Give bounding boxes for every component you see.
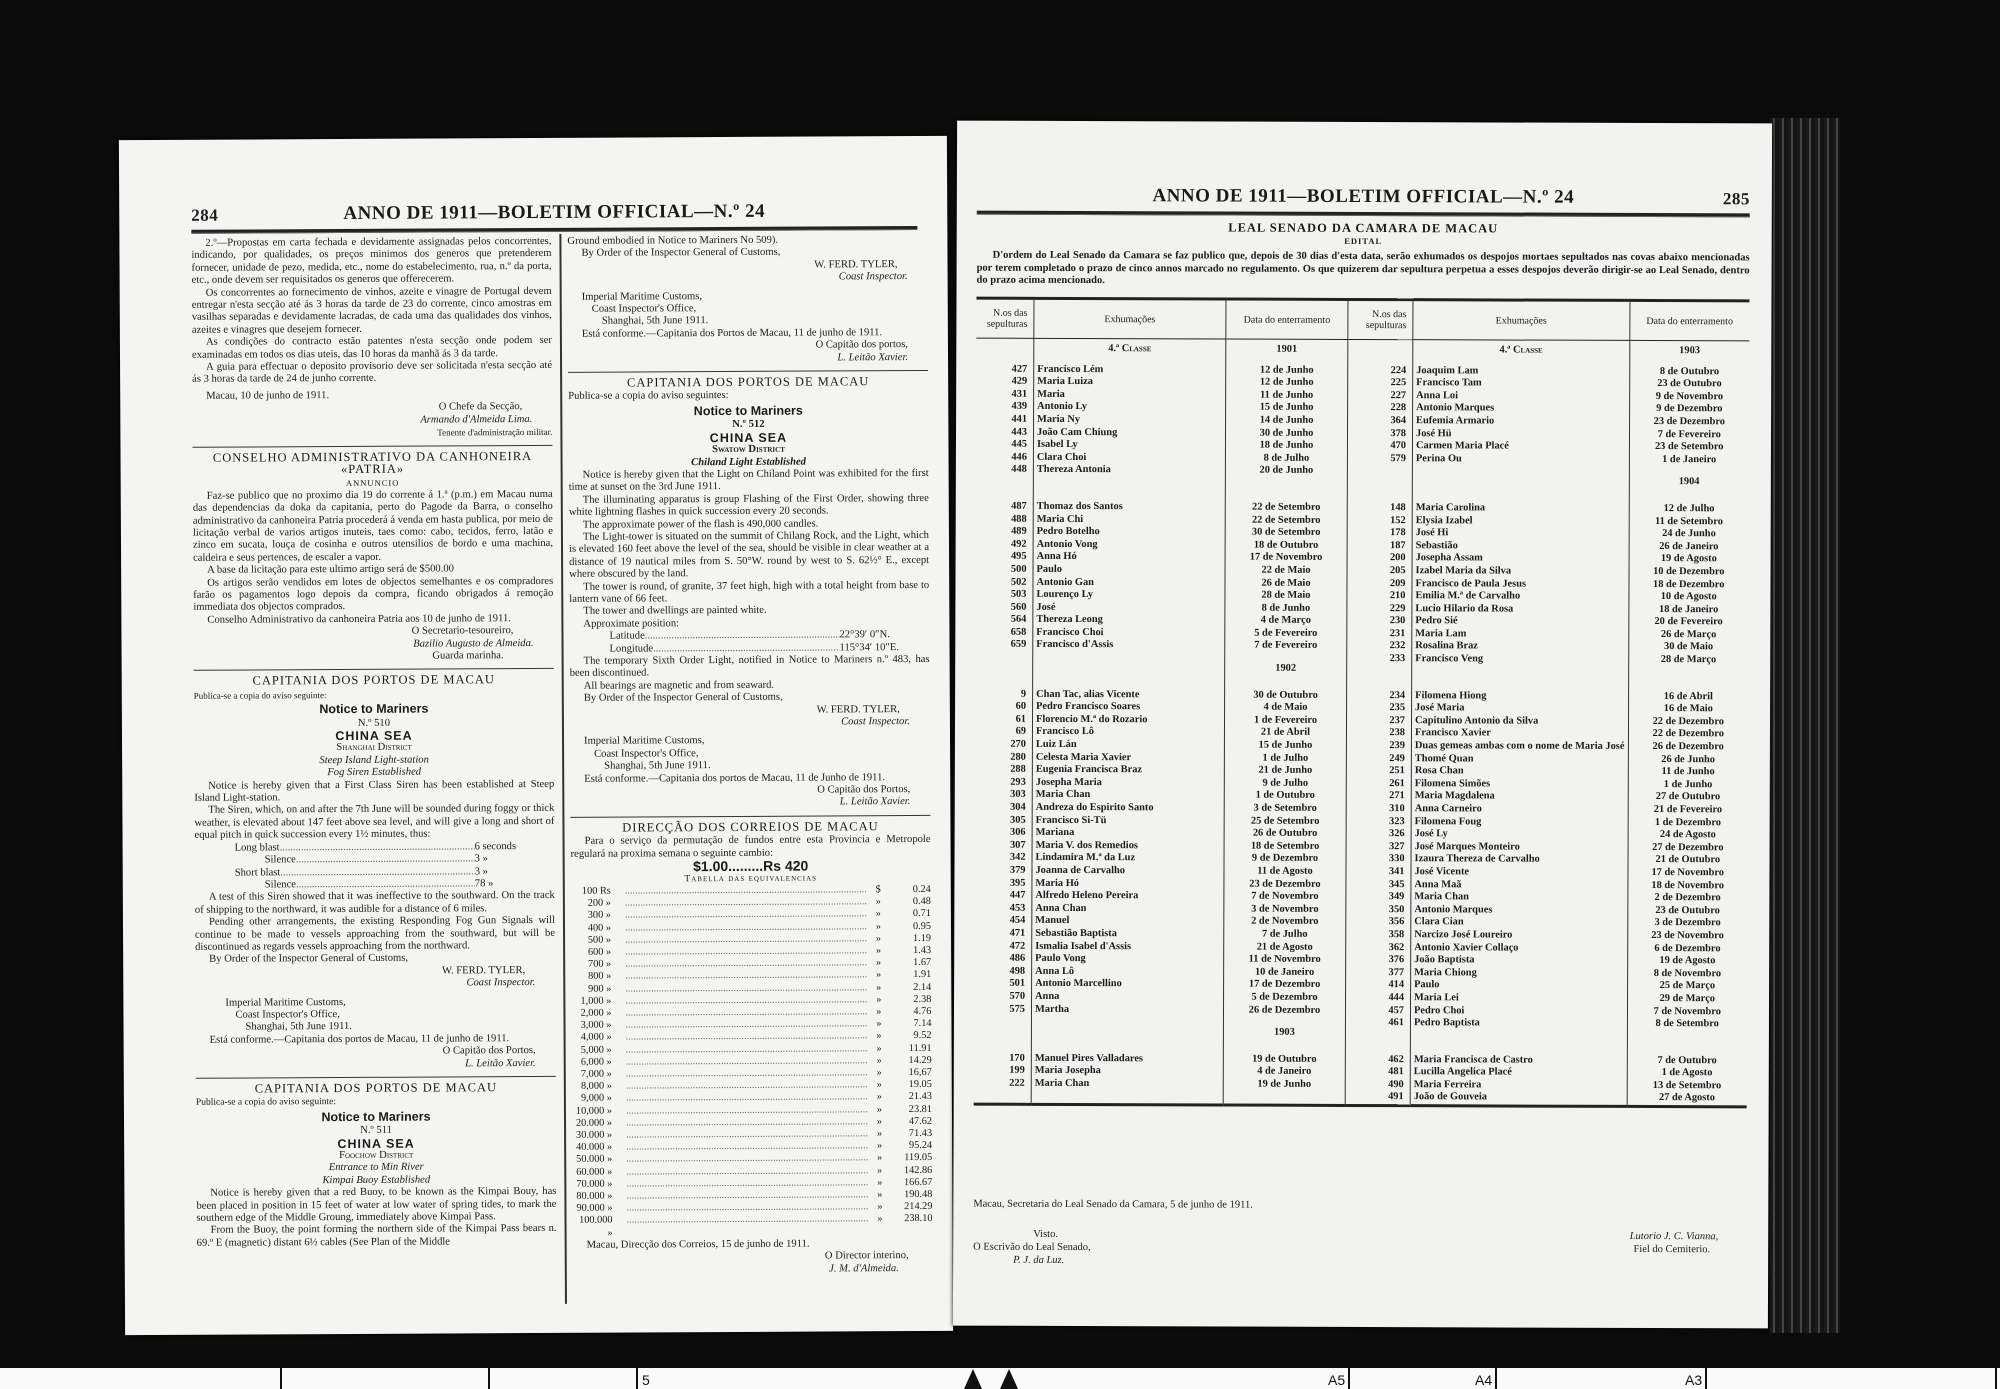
burial-date: 12 de Junho bbox=[1226, 364, 1348, 377]
deceased-name: Lindamira M.ª da Luz bbox=[1032, 852, 1224, 865]
signer-name: J. M. d'Almeida. bbox=[573, 1263, 933, 1277]
equivalence-rs: 100.000 » bbox=[573, 1215, 613, 1240]
spacer bbox=[611, 898, 625, 910]
deceased-name: Francisco Si-Tü bbox=[1032, 814, 1224, 827]
grave-number: 414 bbox=[1346, 979, 1411, 992]
page-number: 285 bbox=[1723, 189, 1750, 209]
spacer bbox=[611, 922, 625, 934]
deceased-name: Manuel bbox=[1032, 915, 1224, 928]
deceased-name: João de Gouveia bbox=[1410, 1092, 1627, 1107]
spacer bbox=[612, 1203, 626, 1215]
right-column: Ground embodied in Notice to Mariners No… bbox=[567, 234, 932, 1277]
section-heading: CAPITANIA DOS PORTOS DE MACAU bbox=[568, 375, 928, 389]
deceased-name: Pedro Choi bbox=[1410, 1005, 1627, 1018]
grave-number: 472 bbox=[974, 940, 1032, 953]
equivalence-cur: » bbox=[867, 982, 881, 994]
burial-date: 2 de Dezembro bbox=[1627, 892, 1747, 905]
grave-number: 376 bbox=[1346, 954, 1411, 967]
grave-number: 471 bbox=[974, 928, 1032, 941]
paragraph: Para o serviço da permutação de fundos e… bbox=[571, 834, 931, 861]
grave-number: 377 bbox=[1346, 967, 1411, 980]
grave-number: 306 bbox=[975, 827, 1033, 840]
grave-number: 330 bbox=[1346, 853, 1411, 866]
left-page: 284 ANNO DE 1911—BOLETIM OFFICIAL—N.º 24… bbox=[119, 136, 953, 1335]
deceased-name: Lourenço Ly bbox=[1033, 589, 1225, 602]
equivalence-usd: 190.48 bbox=[882, 1189, 932, 1201]
equivalence-rs: 400 » bbox=[571, 922, 611, 934]
column-header: Exhumações bbox=[1034, 298, 1226, 339]
paragraph: From the Buoy, the point forming the nor… bbox=[197, 1223, 557, 1250]
intro: Publica-se a copia do aviso seguinte: bbox=[196, 1095, 556, 1109]
deceased-name: João Baptista bbox=[1411, 954, 1628, 967]
deceased-name: Antonio Ly bbox=[1034, 401, 1226, 414]
deceased-name: José bbox=[1033, 602, 1225, 615]
burial-date: 7 de Outubro bbox=[1627, 1055, 1747, 1068]
burial-date: 30 de Setembro bbox=[1225, 527, 1347, 540]
edital-intro: D'ordem do Leal Senado da Camara se faz … bbox=[977, 250, 1750, 290]
equivalence-cur: » bbox=[867, 909, 881, 921]
equivalence-cur: » bbox=[868, 1092, 882, 1104]
paragraph: Notice is hereby given that the Light on… bbox=[569, 468, 929, 495]
grave-number: 453 bbox=[974, 902, 1032, 915]
equivalence-cur: » bbox=[867, 957, 881, 969]
deceased-name: Mariana bbox=[1032, 827, 1224, 840]
grave-number: 429 bbox=[976, 376, 1034, 389]
visto: Visto. bbox=[1033, 1229, 1058, 1242]
header-rule bbox=[977, 211, 1750, 218]
deceased-name: Perina Ou bbox=[1412, 453, 1629, 466]
grave-number: 239 bbox=[1346, 740, 1411, 753]
grave-number: 349 bbox=[1346, 891, 1411, 904]
burial-date: 26 de Dezembro bbox=[1628, 741, 1748, 754]
captain-name: L. Leitão Xavier. bbox=[568, 352, 928, 366]
grave-number: 304 bbox=[975, 802, 1033, 815]
prev-frame-icon[interactable] bbox=[964, 1369, 982, 1389]
deceased-name: Florencio M.ª do Rozario bbox=[1032, 714, 1224, 727]
deceased-name: Josepha Assam bbox=[1412, 552, 1629, 565]
deceased-name: Rosalina Braz bbox=[1412, 641, 1629, 654]
paragraph: The temporary Sixth Order Light, notifie… bbox=[570, 654, 930, 681]
column-header: Data do enterramento bbox=[1226, 299, 1348, 339]
table-row: 1903461Pedro Baptista8 de Setembro bbox=[974, 1016, 1747, 1055]
equivalence-usd: 23.81 bbox=[882, 1103, 932, 1115]
grave-number: 225 bbox=[1348, 377, 1413, 390]
deceased-name: Alfredo Heleno Pereira bbox=[1032, 890, 1224, 903]
burial-date: 17 de Novembro bbox=[1627, 867, 1747, 880]
column-header: Data do enterramento bbox=[1629, 300, 1749, 340]
burial-date: 8 de Outubro bbox=[1629, 366, 1749, 379]
deceased-name: Pedro Botelho bbox=[1033, 526, 1225, 539]
dot-leader bbox=[627, 1214, 869, 1240]
burial-date: 6 de Dezembro bbox=[1627, 942, 1747, 955]
notice-title: Notice to Mariners bbox=[568, 404, 928, 418]
burial-date: 30 de Junho bbox=[1225, 427, 1347, 440]
spacer bbox=[612, 1166, 626, 1178]
year-label: 1903 bbox=[1223, 1017, 1345, 1054]
burial-date: 23 de Dezembro bbox=[1224, 878, 1346, 891]
spacer bbox=[612, 1105, 626, 1117]
equivalence-usd: 238.10 bbox=[883, 1213, 933, 1238]
burial-date: 27 de Agosto bbox=[1627, 1092, 1747, 1107]
section-divider bbox=[568, 370, 928, 373]
deceased-name: José Vicente bbox=[1411, 866, 1628, 879]
spacer bbox=[611, 983, 625, 995]
burial-date: 24 de Agosto bbox=[1628, 829, 1748, 842]
equivalence-table: 100 Rs$0.24200 »»0.48300 »»0.71400 »»0.9… bbox=[571, 884, 933, 1240]
burial-date: 26 de Junho bbox=[1628, 754, 1748, 767]
signer-rank: Tenente d'administração militar. bbox=[192, 426, 552, 440]
deceased-name: Anna Lô bbox=[1032, 966, 1224, 979]
burial-date: 3 de Setembro bbox=[1224, 803, 1346, 816]
deceased-name: Maria bbox=[1034, 389, 1226, 402]
equivalence-rs: 6,000 » bbox=[572, 1056, 612, 1068]
deceased-name: Sebastião bbox=[1412, 540, 1629, 553]
grave-number: 378 bbox=[1347, 428, 1412, 441]
equivalence-cur: » bbox=[868, 1043, 882, 1055]
burial-date: 1 de Dezembro bbox=[1628, 817, 1748, 830]
grave-number: 447 bbox=[974, 890, 1032, 903]
deceased-name: Paulo Vong bbox=[1032, 953, 1224, 966]
burial-date: 4 de Janeiro bbox=[1223, 1066, 1345, 1079]
grave-number: 148 bbox=[1347, 502, 1412, 515]
equivalence-usd: 0.95 bbox=[881, 920, 931, 932]
table-row: 491João de Gouveia27 de Agosto bbox=[974, 1090, 1747, 1107]
burial-date: 5 de Fevereiro bbox=[1225, 627, 1347, 640]
equivalence-rs: 20.000 » bbox=[572, 1117, 612, 1129]
deceased-name: Lucilla Angelica Placé bbox=[1410, 1066, 1627, 1079]
year-label: 1903 bbox=[1629, 340, 1749, 366]
equivalence-rs: 2,000 » bbox=[571, 1008, 611, 1020]
burial-date: 1 de Fevereiro bbox=[1224, 714, 1346, 727]
deceased-name: Eufemia Armario bbox=[1413, 415, 1630, 428]
deceased-name: Carmen Maria Placé bbox=[1412, 440, 1629, 453]
grave-number: 227 bbox=[1348, 390, 1413, 403]
deceased-name: Maria Ferreira bbox=[1410, 1079, 1627, 1092]
burial-date: 9 de Dezembro bbox=[1224, 853, 1346, 866]
deceased-name: Maria Chiong bbox=[1411, 967, 1628, 980]
equivalence-rs: 90.000 » bbox=[572, 1203, 612, 1215]
grave-number: 395 bbox=[974, 877, 1032, 890]
grave-number: 570 bbox=[974, 991, 1032, 1004]
equivalence-rs: 900 » bbox=[571, 983, 611, 995]
deceased-name: Lucio Hilario da Rosa bbox=[1412, 603, 1629, 616]
grave-number: 280 bbox=[975, 751, 1033, 764]
burial-date: 18 de Outubro bbox=[1225, 539, 1347, 552]
deceased-name: Maria Magdalena bbox=[1411, 791, 1628, 804]
spacer bbox=[612, 1154, 626, 1166]
deceased-name: Clara Cian bbox=[1411, 917, 1628, 930]
burial-date: 29 de Março bbox=[1627, 993, 1747, 1006]
grave-number: 575 bbox=[974, 1003, 1032, 1016]
grave-number: 350 bbox=[1346, 904, 1411, 917]
grave-number: 443 bbox=[976, 426, 1034, 439]
grave-number: 235 bbox=[1347, 702, 1412, 715]
burial-date: 9 de Novembro bbox=[1629, 391, 1749, 404]
burial-date: 5 de Dezembro bbox=[1224, 991, 1346, 1004]
empty-cell bbox=[1348, 339, 1413, 364]
grave-number: 444 bbox=[1346, 992, 1411, 1005]
empty-cell bbox=[1223, 1091, 1345, 1106]
equivalence-rs: 50.000 » bbox=[572, 1154, 612, 1166]
burial-date: 25 de Março bbox=[1627, 980, 1747, 993]
grave-number: 356 bbox=[1346, 916, 1411, 929]
paragraph: Os concorrentes ao fornecimento de vinho… bbox=[192, 286, 552, 338]
spacer bbox=[612, 1117, 626, 1129]
equivalence-usd: 142.86 bbox=[882, 1165, 932, 1177]
equivalence-cur: » bbox=[867, 921, 881, 933]
grave-number: 305 bbox=[975, 814, 1033, 827]
spacer bbox=[612, 1178, 626, 1190]
frame-label: 5 bbox=[642, 1372, 650, 1388]
burial-date: 16 de Maio bbox=[1628, 703, 1748, 716]
paragraph: The tower is round, of granite, 37 feet … bbox=[569, 580, 929, 607]
burial-date: 19 de Agosto bbox=[1629, 553, 1749, 566]
grave-number: 199 bbox=[974, 1065, 1032, 1078]
deceased-name: Maria Carolina bbox=[1412, 502, 1629, 515]
burial-date: 4 de Março bbox=[1225, 615, 1347, 628]
burial-date: 10 de Janeiro bbox=[1224, 966, 1346, 979]
burial-date: 4 de Maio bbox=[1225, 702, 1347, 715]
grave-number: 229 bbox=[1347, 603, 1412, 616]
grave-number: 495 bbox=[976, 551, 1034, 564]
grave-number: 233 bbox=[1347, 653, 1412, 690]
spacer bbox=[613, 1215, 627, 1239]
equivalence-rs: 200 » bbox=[571, 898, 611, 910]
burial-date: 1 de Janeiro bbox=[1629, 454, 1749, 467]
burial-date: 19 de Junho bbox=[1223, 1078, 1345, 1091]
grave-number: 251 bbox=[1346, 765, 1411, 778]
grave-number: 462 bbox=[1345, 1054, 1410, 1067]
grave-number: 461 bbox=[1345, 1017, 1410, 1054]
equivalence-rs: 800 » bbox=[571, 971, 611, 983]
equivalence-rs: 300 » bbox=[571, 910, 611, 922]
equivalence-usd: 214.29 bbox=[882, 1201, 932, 1213]
deceased-name: Anna Hó bbox=[1033, 551, 1225, 564]
grave-number: 481 bbox=[1345, 1066, 1410, 1079]
burial-date: 11 de Setembro bbox=[1629, 515, 1749, 528]
grave-number: 238 bbox=[1346, 727, 1411, 740]
burial-date: 10 de Agosto bbox=[1628, 591, 1748, 604]
grave-number: 448 bbox=[976, 464, 1034, 501]
equivalence-rs: 10,000 » bbox=[572, 1105, 612, 1117]
burial-date: 12 de Junho bbox=[1226, 377, 1348, 390]
burial-date: 28 de Maio bbox=[1225, 590, 1347, 603]
burial-date: 18 de Janeiro bbox=[1628, 604, 1748, 617]
burial-date: 27 de Dezembro bbox=[1628, 842, 1748, 855]
deceased-name: Thomaz dos Santos bbox=[1033, 501, 1225, 514]
deceased-name: Anna Loi bbox=[1413, 390, 1630, 403]
grave-number: 249 bbox=[1346, 753, 1411, 766]
equivalence-cur: » bbox=[867, 1006, 881, 1018]
burial-date: 26 de Maio bbox=[1225, 577, 1347, 590]
grave-number: 187 bbox=[1347, 540, 1412, 553]
column-divider bbox=[559, 234, 566, 1304]
book-binding bbox=[1770, 118, 1840, 1333]
burial-date: 21 de Fevereiro bbox=[1628, 804, 1748, 817]
burial-date: 22 de Setembro bbox=[1225, 501, 1347, 514]
section-heading: CAPITANIA DOS PORTOS DE MACAU bbox=[194, 673, 554, 687]
grave-number: 489 bbox=[976, 526, 1034, 539]
spacer bbox=[612, 1191, 626, 1203]
keeper-name: Lutorio J. C. Vianna, bbox=[1630, 1231, 1719, 1244]
spacer bbox=[611, 910, 625, 922]
empty-cell bbox=[1031, 1016, 1223, 1053]
burial-date: 23 de Setembro bbox=[1629, 441, 1749, 454]
equivalence-usd: 1.43 bbox=[881, 945, 931, 957]
column-header: N.os das sepulturas bbox=[1348, 299, 1413, 339]
equivalence-rs: 30.000 » bbox=[572, 1130, 612, 1142]
burial-date: 7 de Julho bbox=[1224, 928, 1346, 941]
burial-date: 19 de Agosto bbox=[1627, 955, 1747, 968]
grave-number: 501 bbox=[974, 978, 1032, 991]
deceased-name: Antonio Marcellino bbox=[1032, 978, 1224, 991]
burial-date: 20 de Fevereiro bbox=[1628, 616, 1748, 629]
grave-number: 60 bbox=[975, 701, 1033, 714]
paragraph: The Siren, which, on and after the 7th J… bbox=[194, 803, 554, 842]
empty-cell bbox=[1033, 652, 1225, 689]
grave-number: 431 bbox=[976, 388, 1034, 401]
equivalence-usd: 9.52 bbox=[882, 1030, 932, 1042]
deceased-name: Francisco Lô bbox=[1032, 726, 1224, 739]
burial-date: 20 de Junho bbox=[1225, 465, 1347, 502]
frame-tick bbox=[1995, 1368, 1997, 1389]
equivalence-cur: » bbox=[868, 1153, 882, 1165]
frame-label: A3 bbox=[1685, 1372, 1702, 1388]
burial-date: 12 de Julho bbox=[1629, 503, 1749, 516]
equivalence-cur: » bbox=[867, 970, 881, 982]
notice-title: Notice to Mariners bbox=[196, 1110, 556, 1124]
next-frame-icon[interactable] bbox=[1000, 1369, 1018, 1389]
deceased-name: Maria Chi bbox=[1033, 513, 1225, 526]
grave-number: 326 bbox=[1346, 828, 1411, 841]
deceased-name: Luiz Lán bbox=[1032, 739, 1224, 752]
burial-date: 21 de Abril bbox=[1224, 727, 1346, 740]
grave-number: 441 bbox=[976, 414, 1034, 427]
burial-date: 7 de Fevereiro bbox=[1225, 640, 1347, 653]
burial-date: 17 de Novembro bbox=[1225, 552, 1347, 565]
edital-section: LEAL SENADO DA CAMARA DE MACAU EDITAL D'… bbox=[977, 221, 1750, 290]
captain-name: L. Leitão Xavier. bbox=[570, 796, 930, 810]
section-subheading: EDITAL bbox=[977, 233, 1750, 248]
deceased-name: Thereza Leong bbox=[1033, 614, 1225, 627]
deceased-name: Duas gemeas ambas com o nome de Maria Jo… bbox=[1411, 740, 1628, 753]
deceased-name: Francisco Veng bbox=[1412, 653, 1629, 690]
equivalence-usd: 7.14 bbox=[881, 1018, 931, 1030]
equivalence-usd: 119.05 bbox=[882, 1152, 932, 1164]
burial-date: 14 de Junho bbox=[1226, 414, 1348, 427]
equivalence-usd: 1.67 bbox=[881, 957, 931, 969]
year-label: 1904 bbox=[1629, 466, 1749, 503]
grave-number: 327 bbox=[1346, 841, 1411, 854]
burial-date: 18 de Novembro bbox=[1627, 879, 1747, 892]
section-divider bbox=[192, 444, 552, 447]
deceased-name: Manuel Pires Valladares bbox=[1031, 1053, 1223, 1066]
deceased-name: Izabel Maria da Silva bbox=[1412, 565, 1629, 578]
deceased-name: Paulo bbox=[1411, 979, 1628, 992]
table-row: 448Thereza Antonia20 de Junho1904 bbox=[976, 464, 1749, 503]
burial-date: 13 de Setembro bbox=[1627, 1080, 1747, 1093]
burial-date: 11 de Novembro bbox=[1224, 954, 1346, 967]
grave-number: 303 bbox=[975, 789, 1033, 802]
deceased-name: Capitulino Antonio da Silva bbox=[1411, 715, 1628, 728]
deceased-name: Maria Luiza bbox=[1034, 376, 1226, 389]
equivalence-rs: 60.000 » bbox=[572, 1166, 612, 1178]
equivalence-cur: » bbox=[867, 1018, 881, 1030]
burial-date: 21 de Junho bbox=[1224, 765, 1346, 778]
burial-date: 17 de Dezembro bbox=[1224, 979, 1346, 992]
empty-cell bbox=[974, 1090, 1032, 1104]
burial-date: 18 de Dezembro bbox=[1628, 578, 1748, 591]
section-heading: CAPITANIA DOS PORTOS DE MACAU bbox=[196, 1081, 556, 1095]
grave-number: 488 bbox=[976, 513, 1034, 526]
equivalence-usd: 1.19 bbox=[881, 933, 931, 945]
spacer bbox=[612, 1093, 626, 1105]
section-heading: CONSELHO ADMINISTRATIVO DA CANHONEIRA «P… bbox=[193, 449, 553, 476]
burial-date: 23 de Dezembro bbox=[1629, 416, 1749, 429]
burial-date: 1 de Outubro bbox=[1224, 790, 1346, 803]
grave-number: 490 bbox=[1345, 1079, 1410, 1092]
grave-number: 358 bbox=[1346, 929, 1411, 942]
equivalence-rs: 5,000 » bbox=[572, 1044, 612, 1056]
paragraph: 2.º—Propostas em carta fechada e devidam… bbox=[191, 236, 551, 288]
equivalence-rs: 8,000 » bbox=[572, 1081, 612, 1093]
deceased-name: Narcizo José Loureiro bbox=[1411, 929, 1628, 942]
deceased-name: Antonio Marques bbox=[1413, 403, 1630, 416]
clerk-role: O Escrivão do Leal Senado, bbox=[973, 1242, 1091, 1255]
equivalence-cur: » bbox=[867, 933, 881, 945]
grave-number: 498 bbox=[974, 965, 1032, 978]
burial-date: 1 de Julho bbox=[1224, 752, 1346, 765]
deceased-name: Antonio Xavier Collaço bbox=[1411, 942, 1628, 955]
grave-number: 293 bbox=[975, 776, 1033, 789]
empty-cell bbox=[1347, 465, 1412, 502]
burial-date: 23 de Outubro bbox=[1629, 378, 1749, 391]
equivalence-usd: 71.43 bbox=[882, 1128, 932, 1140]
deceased-name: Izaura Thereza de Carvalho bbox=[1411, 854, 1628, 867]
grave-number: 342 bbox=[975, 852, 1033, 865]
grave-number: 210 bbox=[1347, 590, 1412, 603]
burial-date: 27 de Outubro bbox=[1628, 791, 1748, 804]
deceased-name: Maria Francisca de Castro bbox=[1410, 1054, 1627, 1067]
grave-number: 345 bbox=[1346, 879, 1411, 892]
section-heading: DIRECÇÃO DOS CORREIOS DE MACAU bbox=[570, 820, 930, 834]
intro: Publica-se a copia do aviso seguinte: bbox=[194, 688, 554, 702]
spacer bbox=[611, 1007, 625, 1019]
deceased-name: Paulo bbox=[1033, 564, 1225, 577]
frame-tick bbox=[636, 1368, 638, 1389]
deceased-name: Thereza Antonia bbox=[1033, 464, 1225, 501]
paragraph: Faz-se publico que no proximo dia 19 do … bbox=[193, 489, 553, 565]
clerk-name: P. J. da Luz. bbox=[1013, 1255, 1064, 1268]
equivalence-rs: 500 » bbox=[571, 934, 611, 946]
table-header-row: N.os das sepulturas Exhumações Data do e… bbox=[976, 298, 1749, 341]
deceased-name: Maria Ny bbox=[1034, 414, 1226, 427]
equivalence-usd: 47.62 bbox=[882, 1116, 932, 1128]
grave-number: 228 bbox=[1348, 402, 1413, 415]
grave-number: 61 bbox=[975, 713, 1033, 726]
grave-number: 222 bbox=[974, 1078, 1032, 1091]
deceased-name: José Marques Monteiro bbox=[1411, 841, 1628, 854]
keeper-role: Fiel do Cemiterio. bbox=[1633, 1244, 1710, 1257]
paragraph: Notice is hereby given that a red Buoy, … bbox=[196, 1186, 556, 1225]
deceased-name: Celesta Maria Xavier bbox=[1032, 751, 1224, 764]
spacer bbox=[612, 1142, 626, 1154]
equivalence-usd: 1.91 bbox=[881, 969, 931, 981]
signer-title: Coast Inspector. bbox=[568, 271, 928, 285]
equivalence-cur: » bbox=[868, 1177, 882, 1189]
column-header: N.os das sepulturas bbox=[976, 298, 1034, 338]
equivalence-usd: 95.24 bbox=[882, 1140, 932, 1152]
